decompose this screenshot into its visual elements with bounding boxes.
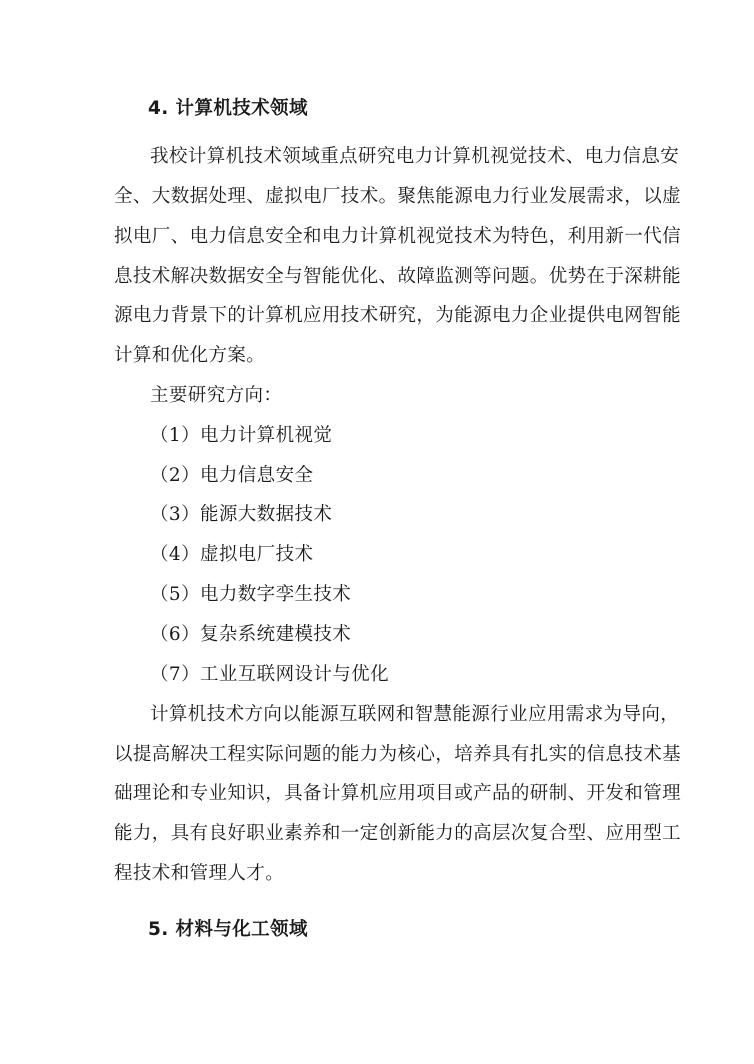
direction-item: （4）虚拟电厂技术 [150, 543, 313, 567]
paragraph-line: 全、大数据处理、虚拟电厂技术。聚焦能源电力行业发展需求，以虚 [114, 185, 681, 209]
direction-item: （7）工业互联网设计与优化 [150, 663, 389, 687]
paragraph-line: 源电力背景下的计算机应用技术研究，为能源电力企业提供电网智能 [114, 304, 681, 328]
paragraph-line: 程技术和管理人才。 [114, 862, 284, 886]
paragraph-line: 息技术解决数据安全与智能优化、故障监测等问题。优势在于深耕能 [114, 265, 681, 289]
direction-item: （6）复杂系统建模技术 [150, 623, 351, 647]
paragraph-line: 我校计算机技术领域重点研究电力计算机视觉技术、电力信息安 [150, 145, 679, 169]
paragraph-line: 以提高解决工程实际问题的能力为核心，培养具有扎实的信息技术基 [114, 743, 681, 767]
direction-item: （5）电力数字孪生技术 [150, 583, 351, 607]
section-4-heading: 4. 计算机技术领域 [148, 97, 308, 121]
paragraph-line: 计算机技术方向以能源互联网和智慧能源行业应用需求为导向， [150, 703, 679, 727]
paragraph-line: 计算和优化方案。 [114, 344, 265, 368]
direction-item: （2）电力信息安全 [150, 464, 313, 488]
document-page: 4. 计算机技术领域 我校计算机技术领域重点研究电力计算机视觉技术、电力信息安 … [0, 0, 754, 1064]
paragraph-line: 础理论和专业知识，具备计算机应用项目或产品的研制、开发和管理 [114, 782, 681, 806]
direction-item: （1）电力计算机视觉 [150, 424, 332, 448]
section-5-heading: 5. 材料与化工领域 [148, 918, 308, 942]
paragraph-line: 拟电厂、电力信息安全和电力计算机视觉技术为特色，利用新一代信 [114, 225, 681, 249]
paragraph-line: 能力，具有良好职业素养和一定创新能力的高层次复合型、应用型工 [114, 822, 681, 846]
directions-label: 主要研究方向： [150, 384, 282, 408]
direction-item: （3）能源大数据技术 [150, 503, 332, 527]
